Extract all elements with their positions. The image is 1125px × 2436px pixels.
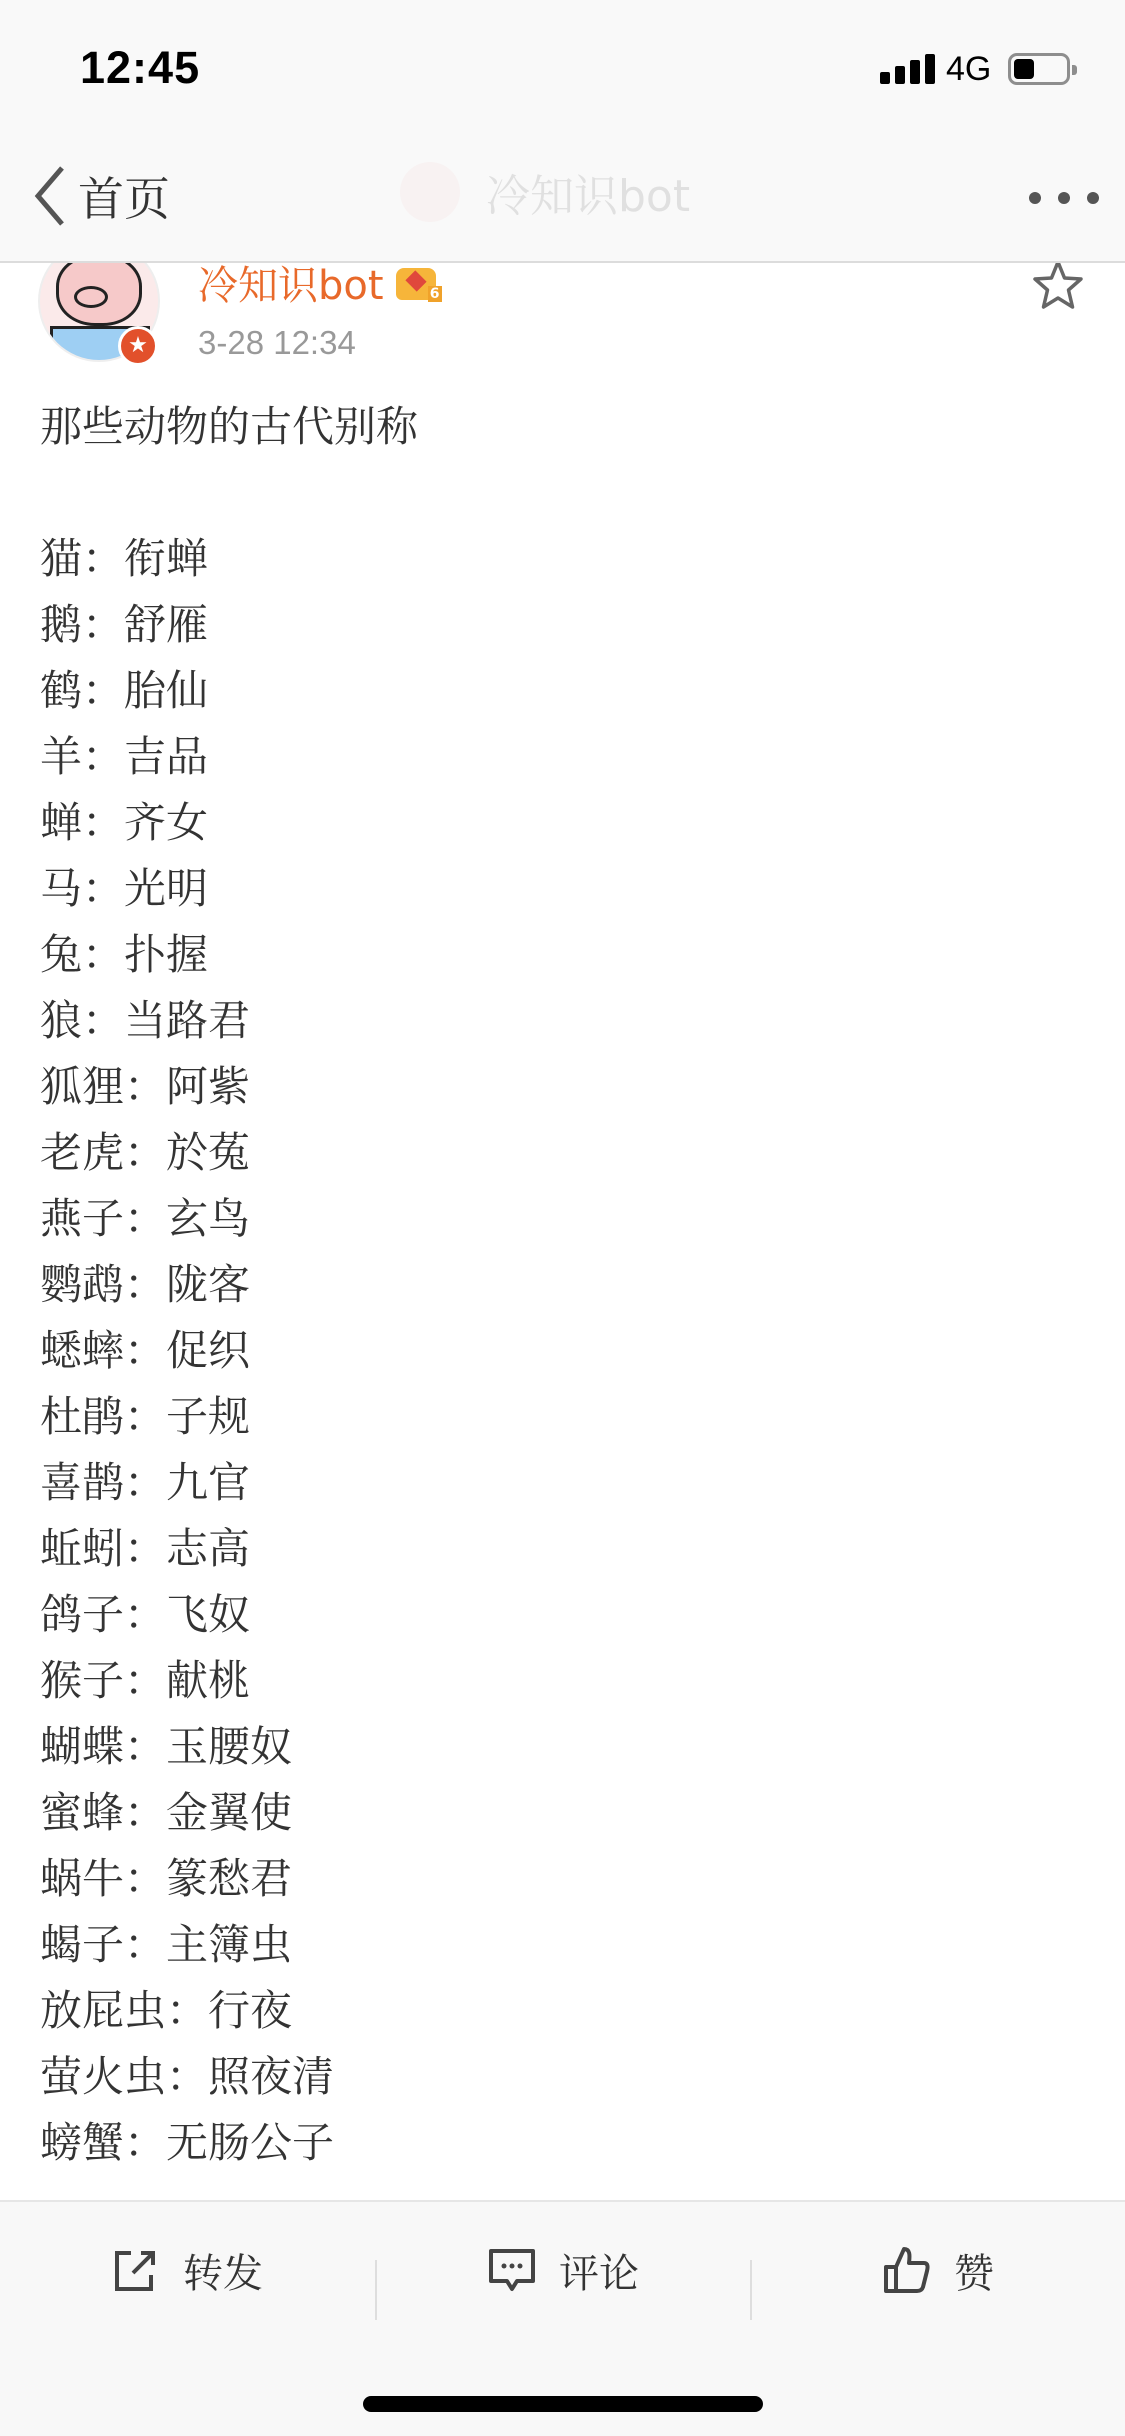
verified-star-icon: ★ [118,326,158,366]
ancient-alias: 衔蝉 [124,534,208,583]
list-item: 狼：当路君 [40,988,1090,1054]
post-title: 那些动物的古代别称 [40,394,1090,460]
separator: ： [124,2118,166,2167]
list-item: 螃蟹：无肠公子 [40,2110,1090,2176]
separator: ： [124,1326,166,1375]
ancient-alias: 於菟 [166,1128,250,1177]
animal-name: 燕子 [40,1194,124,1243]
separator: ： [124,1524,166,1573]
separator: ： [124,1194,166,1243]
post-header: 冷知识bot 6 3-28 12:34 [198,254,440,362]
post-timestamp: 3-28 12:34 [198,324,440,362]
animal-name: 蝴蝶 [40,1722,124,1771]
separator: ： [82,930,124,979]
animal-name: 蟋蟀 [40,1326,124,1375]
home-indicator[interactable] [363,2396,763,2412]
separator: ： [124,1854,166,1903]
ancient-alias: 篆愁君 [166,1854,292,1903]
list-item: 猴子：献桃 [40,1648,1090,1714]
ancient-alias: 照夜清 [208,2052,334,2101]
ancient-alias: 光明 [124,864,208,913]
list-item: 老虎：於菟 [40,1120,1090,1186]
ancient-alias: 齐女 [124,798,208,847]
network-type: 4G [946,50,991,89]
animal-name: 羊 [40,732,82,781]
animal-name: 猴子 [40,1656,124,1705]
comment-button[interactable]: 评论 [376,2238,750,2302]
post-body: 那些动物的古代别称 猫：衔蝉鹅：舒雁鹤：胎仙羊：吉品蝉：齐女马：光明兔：扑握狼：… [40,394,1090,2176]
animal-name: 蜗牛 [40,1854,124,1903]
separator: ： [124,1062,166,1111]
list-item: 鹦鹉：陇客 [40,1252,1090,1318]
list-item: 鹅：舒雁 [40,592,1090,658]
animal-name: 鹤 [40,666,82,715]
more-options-button[interactable] [1029,186,1099,210]
list-item: 蜜蜂：金翼使 [40,1780,1090,1846]
ancient-alias: 九官 [166,1458,250,1507]
separator: ： [82,534,124,583]
ancient-alias: 舒雁 [124,600,208,649]
animal-name: 喜鹊 [40,1458,124,1507]
repost-label: 转发 [183,2242,263,2299]
separator: ： [166,1986,208,2035]
list-item: 燕子：玄鸟 [40,1186,1090,1252]
separator: ： [124,1392,166,1441]
ancient-alias: 陇客 [166,1260,250,1309]
ancient-alias: 志高 [166,1524,250,1573]
comment-label: 评论 [559,2242,639,2299]
list-item: 蚯蚓：志高 [40,1516,1090,1582]
ancient-alias: 行夜 [208,1986,292,2035]
ancient-alias: 促织 [166,1326,250,1375]
animal-name: 萤火虫 [40,2052,166,2101]
list-item: 羊：吉品 [40,724,1090,790]
nav-title-text: 冷知识bot [486,160,690,224]
comment-icon [487,2245,537,2295]
ancient-alias: 阿紫 [166,1062,250,1111]
repost-icon [111,2245,161,2295]
animal-name: 鸽子 [40,1590,124,1639]
list-item: 喜鹊：九官 [40,1450,1090,1516]
list-item: 马：光明 [40,856,1090,922]
thumbs-up-icon [882,2245,932,2295]
alias-list: 猫：衔蝉鹅：舒雁鹤：胎仙羊：吉品蝉：齐女马：光明兔：扑握狼：当路君狐狸：阿紫老虎… [40,526,1090,2176]
animal-name: 狼 [40,996,82,1045]
list-item: 蝉：齐女 [40,790,1090,856]
like-label: 赞 [954,2242,994,2299]
separator: ： [124,1920,166,1969]
more-dots-icon [1029,192,1041,204]
separator: ： [124,1788,166,1837]
like-button[interactable]: 赞 [751,2238,1125,2302]
separator: ： [124,1656,166,1705]
list-item: 蝎子：主簿虫 [40,1912,1090,1978]
separator: ： [124,1590,166,1639]
separator: ： [82,666,124,715]
animal-name: 马 [40,864,82,913]
list-item: 蜗牛：篆愁君 [40,1846,1090,1912]
crown-level-icon[interactable]: 6 [396,262,440,302]
list-item: 鹤：胎仙 [40,658,1090,724]
ancient-alias: 金翼使 [166,1788,292,1837]
animal-name: 鹦鹉 [40,1260,124,1309]
list-item: 猫：衔蝉 [40,526,1090,592]
nav-bar: 首页 冷知识bot [0,132,1125,263]
animal-name: 蜜蜂 [40,1788,124,1837]
animal-name: 兔 [40,930,82,979]
list-item: 萤火虫：照夜清 [40,2044,1090,2110]
separator: ： [82,798,124,847]
separator: ： [82,996,124,1045]
list-item: 鸽子：飞奴 [40,1582,1090,1648]
ancient-alias: 玄鸟 [166,1194,250,1243]
separator: ： [82,732,124,781]
animal-name: 猫 [40,534,82,583]
signal-icon [880,54,936,84]
ancient-alias: 子规 [166,1392,250,1441]
status-time: 12:45 [80,42,200,94]
status-bar: 12:45 4G [0,0,1125,132]
separator: ： [124,1128,166,1177]
separator: ： [124,1260,166,1309]
separator: ： [82,600,124,649]
battery-icon [1008,53,1070,85]
list-item: 蟋蟀：促织 [40,1318,1090,1384]
list-item: 放屁虫：行夜 [40,1978,1090,2044]
ancient-alias: 玉腰奴 [166,1722,292,1771]
list-item: 蝴蝶：玉腰奴 [40,1714,1090,1780]
list-item: 兔：扑握 [40,922,1090,988]
ancient-alias: 飞奴 [166,1590,250,1639]
ancient-alias: 当路君 [124,996,250,1045]
list-item: 杜鹃：子规 [40,1384,1090,1450]
nav-title: 冷知识bot [400,160,690,224]
favorite-button[interactable] [1030,258,1086,314]
ancient-alias: 献桃 [166,1656,250,1705]
separator: ： [124,1722,166,1771]
chevron-left-icon [30,164,70,228]
separator: ： [166,2052,208,2101]
animal-name: 放屁虫 [40,1986,166,2035]
ancient-alias: 无肠公子 [166,2118,334,2167]
animal-name: 狐狸 [40,1062,124,1111]
animal-name: 杜鹃 [40,1392,124,1441]
separator: ： [124,1458,166,1507]
animal-name: 螃蟹 [40,2118,124,2167]
ancient-alias: 主簿虫 [166,1920,292,1969]
ancient-alias: 吉品 [124,732,208,781]
animal-name: 蝉 [40,798,82,847]
nav-avatar [400,162,460,222]
animal-name: 鹅 [40,600,82,649]
animal-name: 蝎子 [40,1920,124,1969]
animal-name: 蚯蚓 [40,1524,124,1573]
back-label: 首页 [78,163,170,229]
ancient-alias: 扑握 [124,930,208,979]
list-item: 狐狸：阿紫 [40,1054,1090,1120]
star-outline-icon [1030,258,1086,314]
animal-name: 老虎 [40,1128,124,1177]
separator: ： [82,864,124,913]
ancient-alias: 胎仙 [124,666,208,715]
back-button[interactable]: 首页 [30,164,170,228]
repost-button[interactable]: 转发 [0,2238,374,2302]
